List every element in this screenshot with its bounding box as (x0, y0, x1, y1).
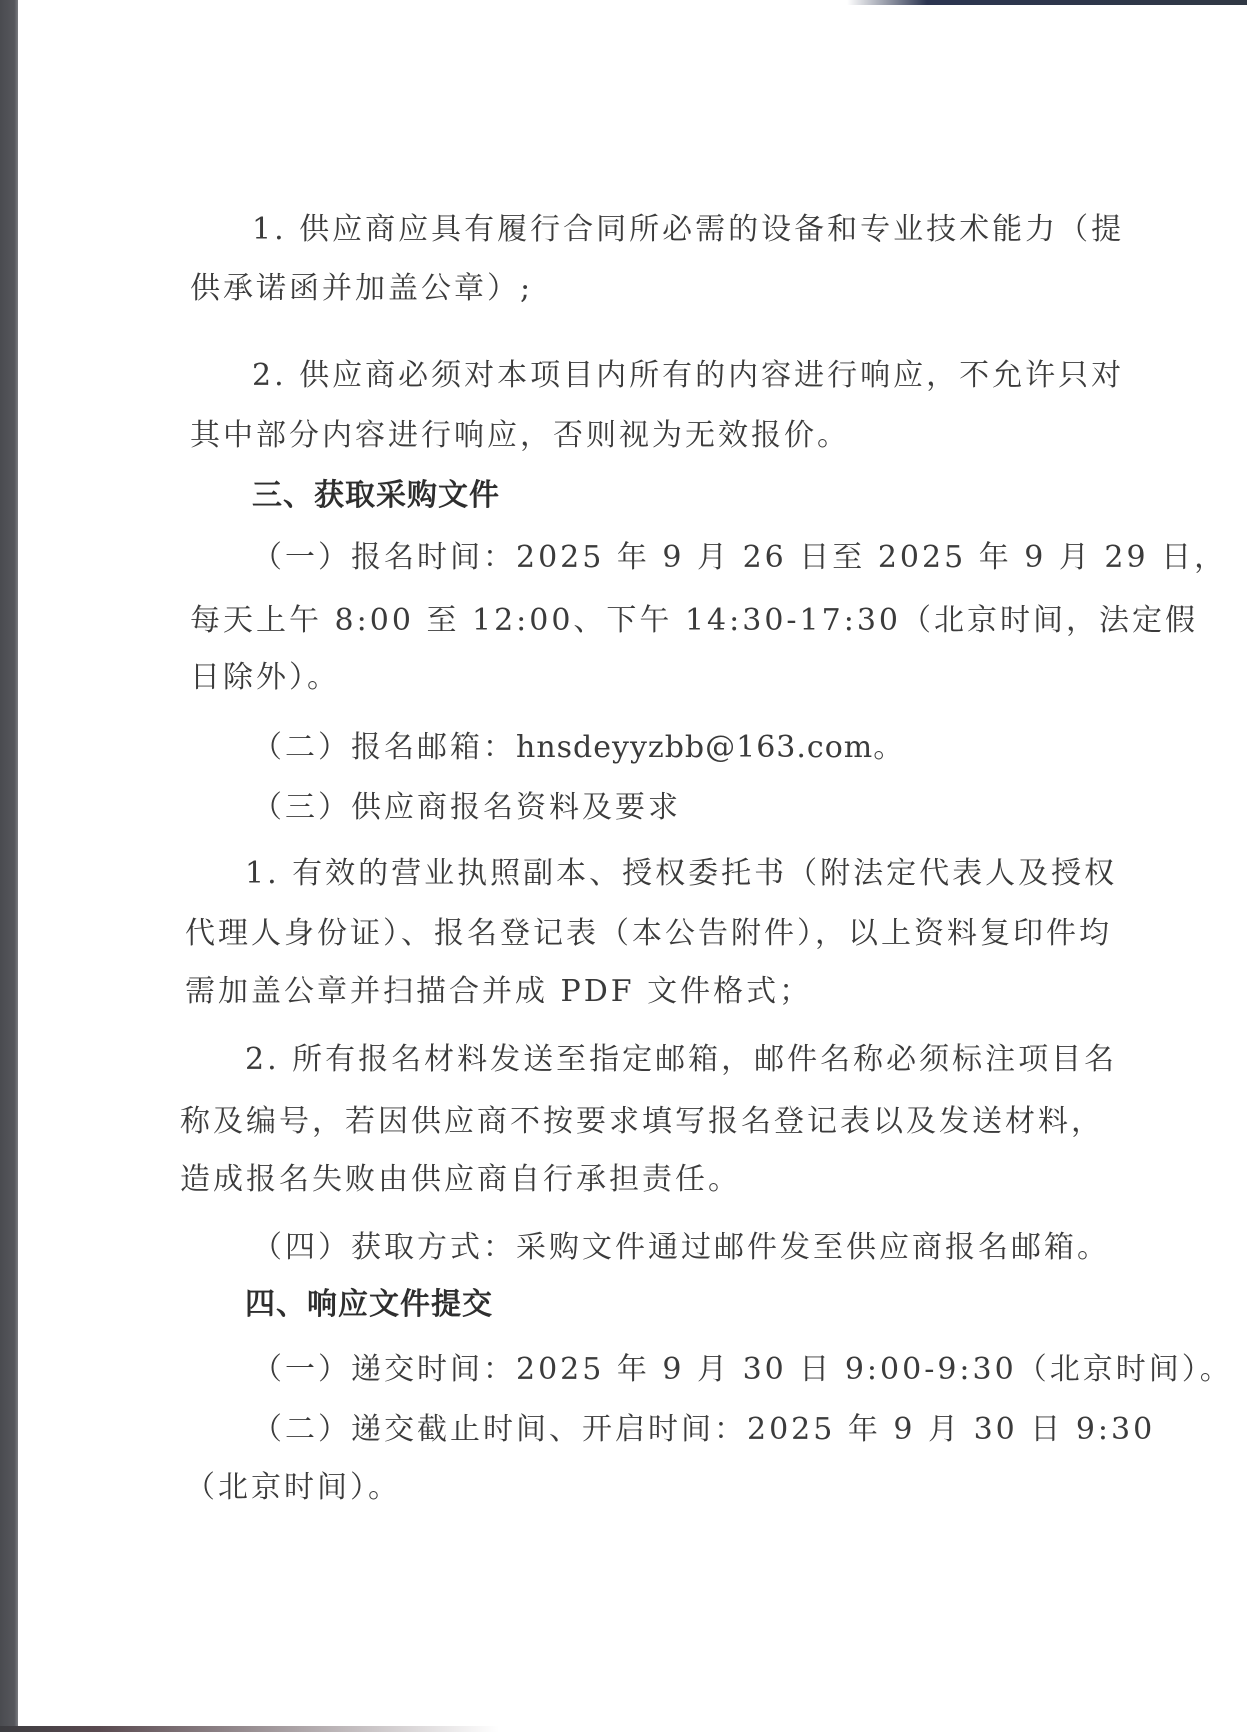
registration-email-label: （二）报名邮箱： (252, 730, 516, 765)
scan-edge-top (847, 0, 1247, 5)
scanned-document-page: 1. 供应商应具有履行合同所必需的设备和专业技术能力（提 供承诺函并加盖公章）;… (0, 0, 1247, 1732)
scan-edge-left (0, 0, 18, 1732)
materials-item-1-line-1: 1. 有效的营业执照副本、授权委托书（附法定代表人及授权 (245, 856, 1117, 892)
section-four-heading: 四、响应文件提交 (245, 1287, 493, 1323)
section-three-heading: 三、获取采购文件 (252, 478, 500, 514)
deadline-opening-line-1: （二）递交截止时间、开启时间：2025 年 9 月 30 日 9:30 (252, 1412, 1155, 1448)
acquisition-method-line: （四）获取方式：采购文件通过邮件发至供应商报名邮箱。 (252, 1230, 1110, 1266)
registration-time-line-1: （一）报名时间：2025 年 9 月 26 日至 2025 年 9 月 29 日… (252, 540, 1227, 576)
requirement-1-line-1: 1. 供应商应具有履行合同所必需的设备和专业技术能力（提 (252, 212, 1124, 248)
scan-edge-bottom (0, 1726, 1247, 1732)
registration-time-line-3: 日除外）。 (190, 660, 340, 696)
materials-item-1-line-2: 代理人身份证）、报名登记表（本公告附件），以上资料复印件均 (185, 916, 1112, 952)
materials-item-2-line-1: 2. 所有报名材料发送至指定邮箱，邮件名称必须标注项目名 (245, 1042, 1117, 1078)
materials-item-1-line-3: 需加盖公章并扫描合并成 PDF 文件格式； (185, 974, 812, 1010)
submission-time-line: （一）递交时间：2025 年 9 月 30 日 9:00-9:30（北京时间）。 (252, 1352, 1233, 1388)
materials-item-2-line-2: 称及编号，若因供应商不按要求填写报名登记表以及发送材料， (180, 1104, 1104, 1140)
registration-email-value: hnsdeyyzbb@163.com。 (516, 730, 904, 765)
requirement-2-line-1: 2. 供应商必须对本项目内所有的内容进行响应，不允许只对 (252, 358, 1124, 394)
materials-item-2-line-3: 造成报名失败由供应商自行承担责任。 (180, 1162, 741, 1198)
registration-time-line-2: 每天上午 8:00 至 12:00、下午 14:30-17:30（北京时间，法定… (190, 603, 1198, 639)
requirement-2-line-2: 其中部分内容进行响应，否则视为无效报价。 (190, 418, 850, 454)
requirement-1-line-2: 供承诺函并加盖公章）; (190, 271, 533, 307)
deadline-opening-line-2: （北京时间）。 (185, 1470, 401, 1506)
supplier-materials-heading: （三）供应商报名资料及要求 (252, 790, 681, 826)
registration-email-line: （二）报名邮箱：hnsdeyyzbb@163.com。 (252, 730, 904, 766)
header-mark (570, 0, 680, 24)
